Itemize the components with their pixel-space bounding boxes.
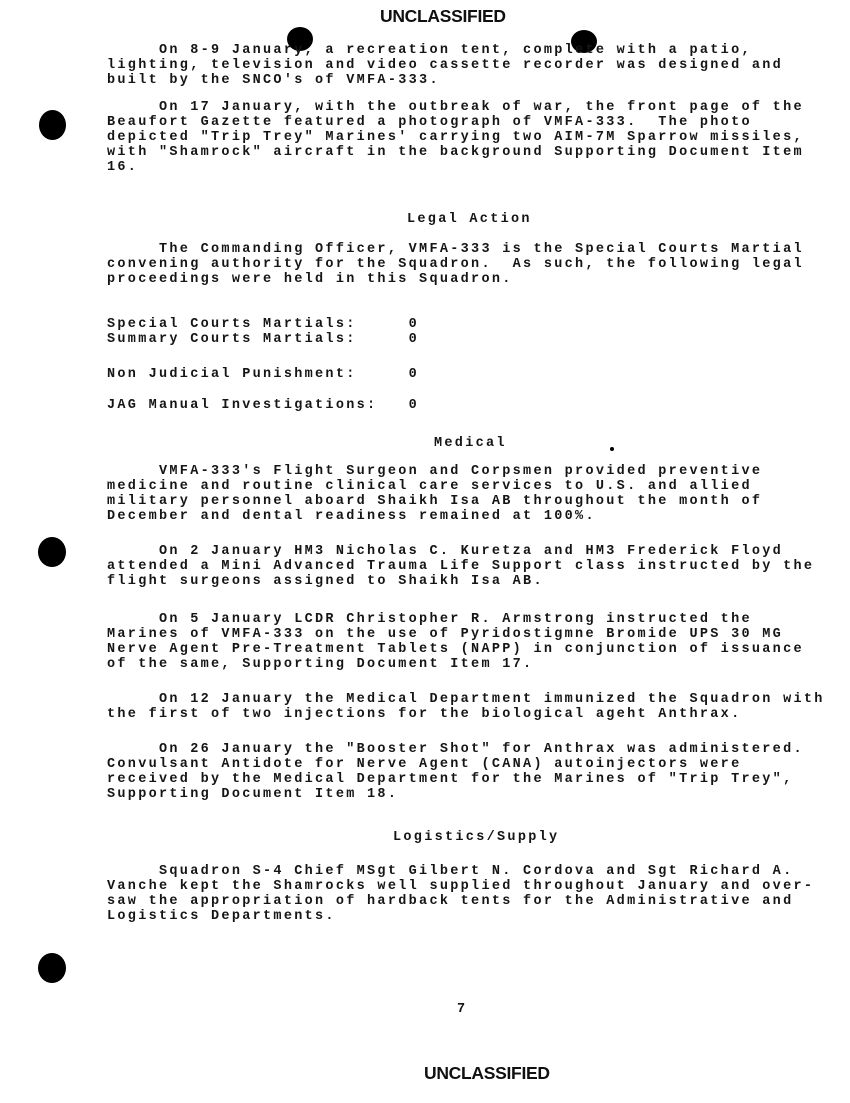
document-page: UNCLASSIFIED On 8-9 January, a recreatio… — [0, 0, 850, 1103]
legal-counts-non-judicial-punishment: Non Judicial Punishment: 0 — [107, 367, 419, 382]
classification-banner-top: UNCLASSIFIED — [380, 6, 506, 27]
paragraph-beaufort-gazette: On 17 January, with the outbreak of war,… — [107, 100, 804, 175]
legal-counts-jag-investigations: JAG Manual Investigations: 0 — [107, 398, 419, 413]
hole-punch-mark-2 — [38, 537, 66, 567]
page-number: 7 — [457, 1002, 467, 1017]
classification-banner-bottom: UNCLASSIFIED — [424, 1063, 550, 1084]
hole-punch-mark-3 — [38, 953, 66, 983]
paragraph-booster-shot: On 26 January the "Booster Shot" for Ant… — [107, 742, 804, 802]
section-heading-medical: Medical — [434, 436, 507, 451]
paragraph-flight-surgeon: VMFA-333's Flight Surgeon and Corpsmen p… — [107, 464, 762, 524]
paragraph-squadron-supply: Squadron S-4 Chief MSgt Gilbert N. Cordo… — [107, 864, 814, 924]
paragraph-anthrax-immunization: On 12 January the Medical Department imm… — [107, 692, 825, 722]
stray-speck-mark — [610, 447, 614, 451]
paragraph-recreation-tent: On 8-9 January, a recreation tent, compl… — [107, 43, 783, 88]
legal-counts-courts-martials: Special Courts Martials: 0 Summary Court… — [107, 317, 419, 347]
section-heading-legal-action: Legal Action — [407, 212, 532, 227]
paragraph-legal-intro: The Commanding Officer, VMFA-333 is the … — [107, 242, 804, 287]
paragraph-trauma-life-support: On 2 January HM3 Nicholas C. Kuretza and… — [107, 544, 814, 589]
paragraph-nerve-agent-tablets: On 5 January LCDR Christopher R. Armstro… — [107, 612, 804, 672]
section-heading-logistics-supply: Logistics/Supply — [393, 830, 559, 845]
hole-punch-mark-1 — [39, 110, 66, 140]
